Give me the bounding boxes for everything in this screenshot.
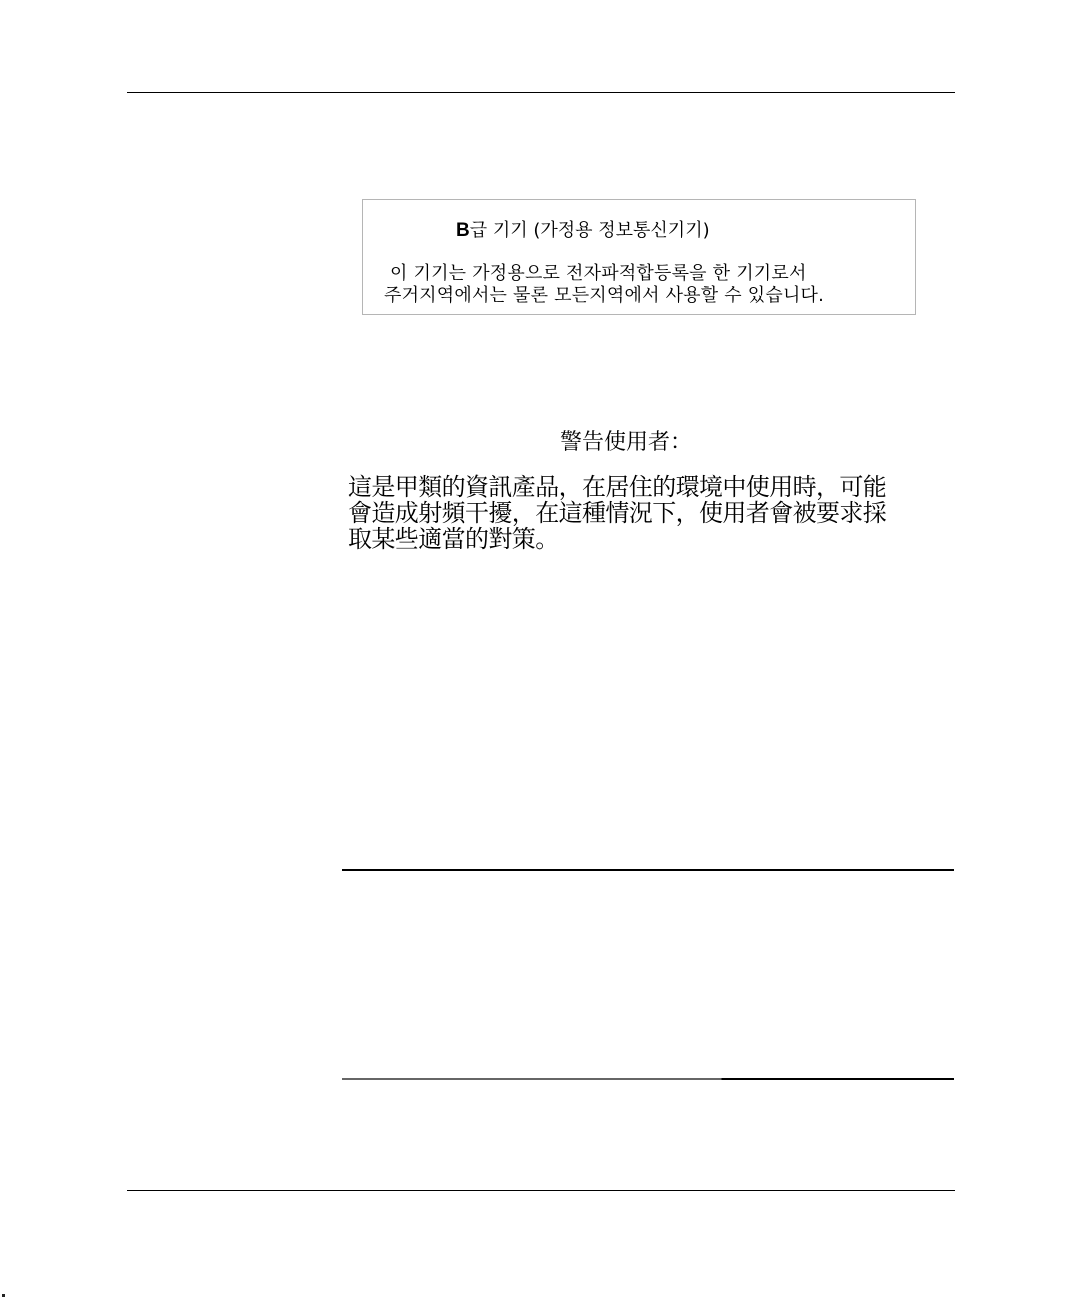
section-divider-bottom <box>342 1078 954 1080</box>
taiwan-warning-title: 警告使用者： <box>560 425 692 456</box>
taiwan-warning-line-3: 取某些適當的對策。 <box>348 526 908 552</box>
taiwan-warning-line-2: 會造成射頻干擾，在這種情況下，使用者會被要求採 <box>348 500 908 526</box>
korean-title-text: 급 기기 (가정용 정보통신기기) <box>470 220 710 241</box>
section-divider-top <box>342 869 954 871</box>
footer-rule <box>127 1190 955 1191</box>
class-letter: B <box>456 220 470 241</box>
header-rule <box>127 92 955 93</box>
korean-notice-line-2: 주거지역에서는 물론 모든지역에서 사용할 수 있습니다. <box>384 281 824 307</box>
korean-notice-title: B급 기기 (가정용 정보통신기기) <box>456 216 710 242</box>
taiwan-warning-line-1: 這是甲類的資訊產品，在居住的環境中使用時，可能 <box>348 474 908 500</box>
taiwan-warning-body: 這是甲類的資訊產品，在居住的環境中使用時，可能 會造成射頻干擾，在這種情況下，使… <box>348 474 908 552</box>
